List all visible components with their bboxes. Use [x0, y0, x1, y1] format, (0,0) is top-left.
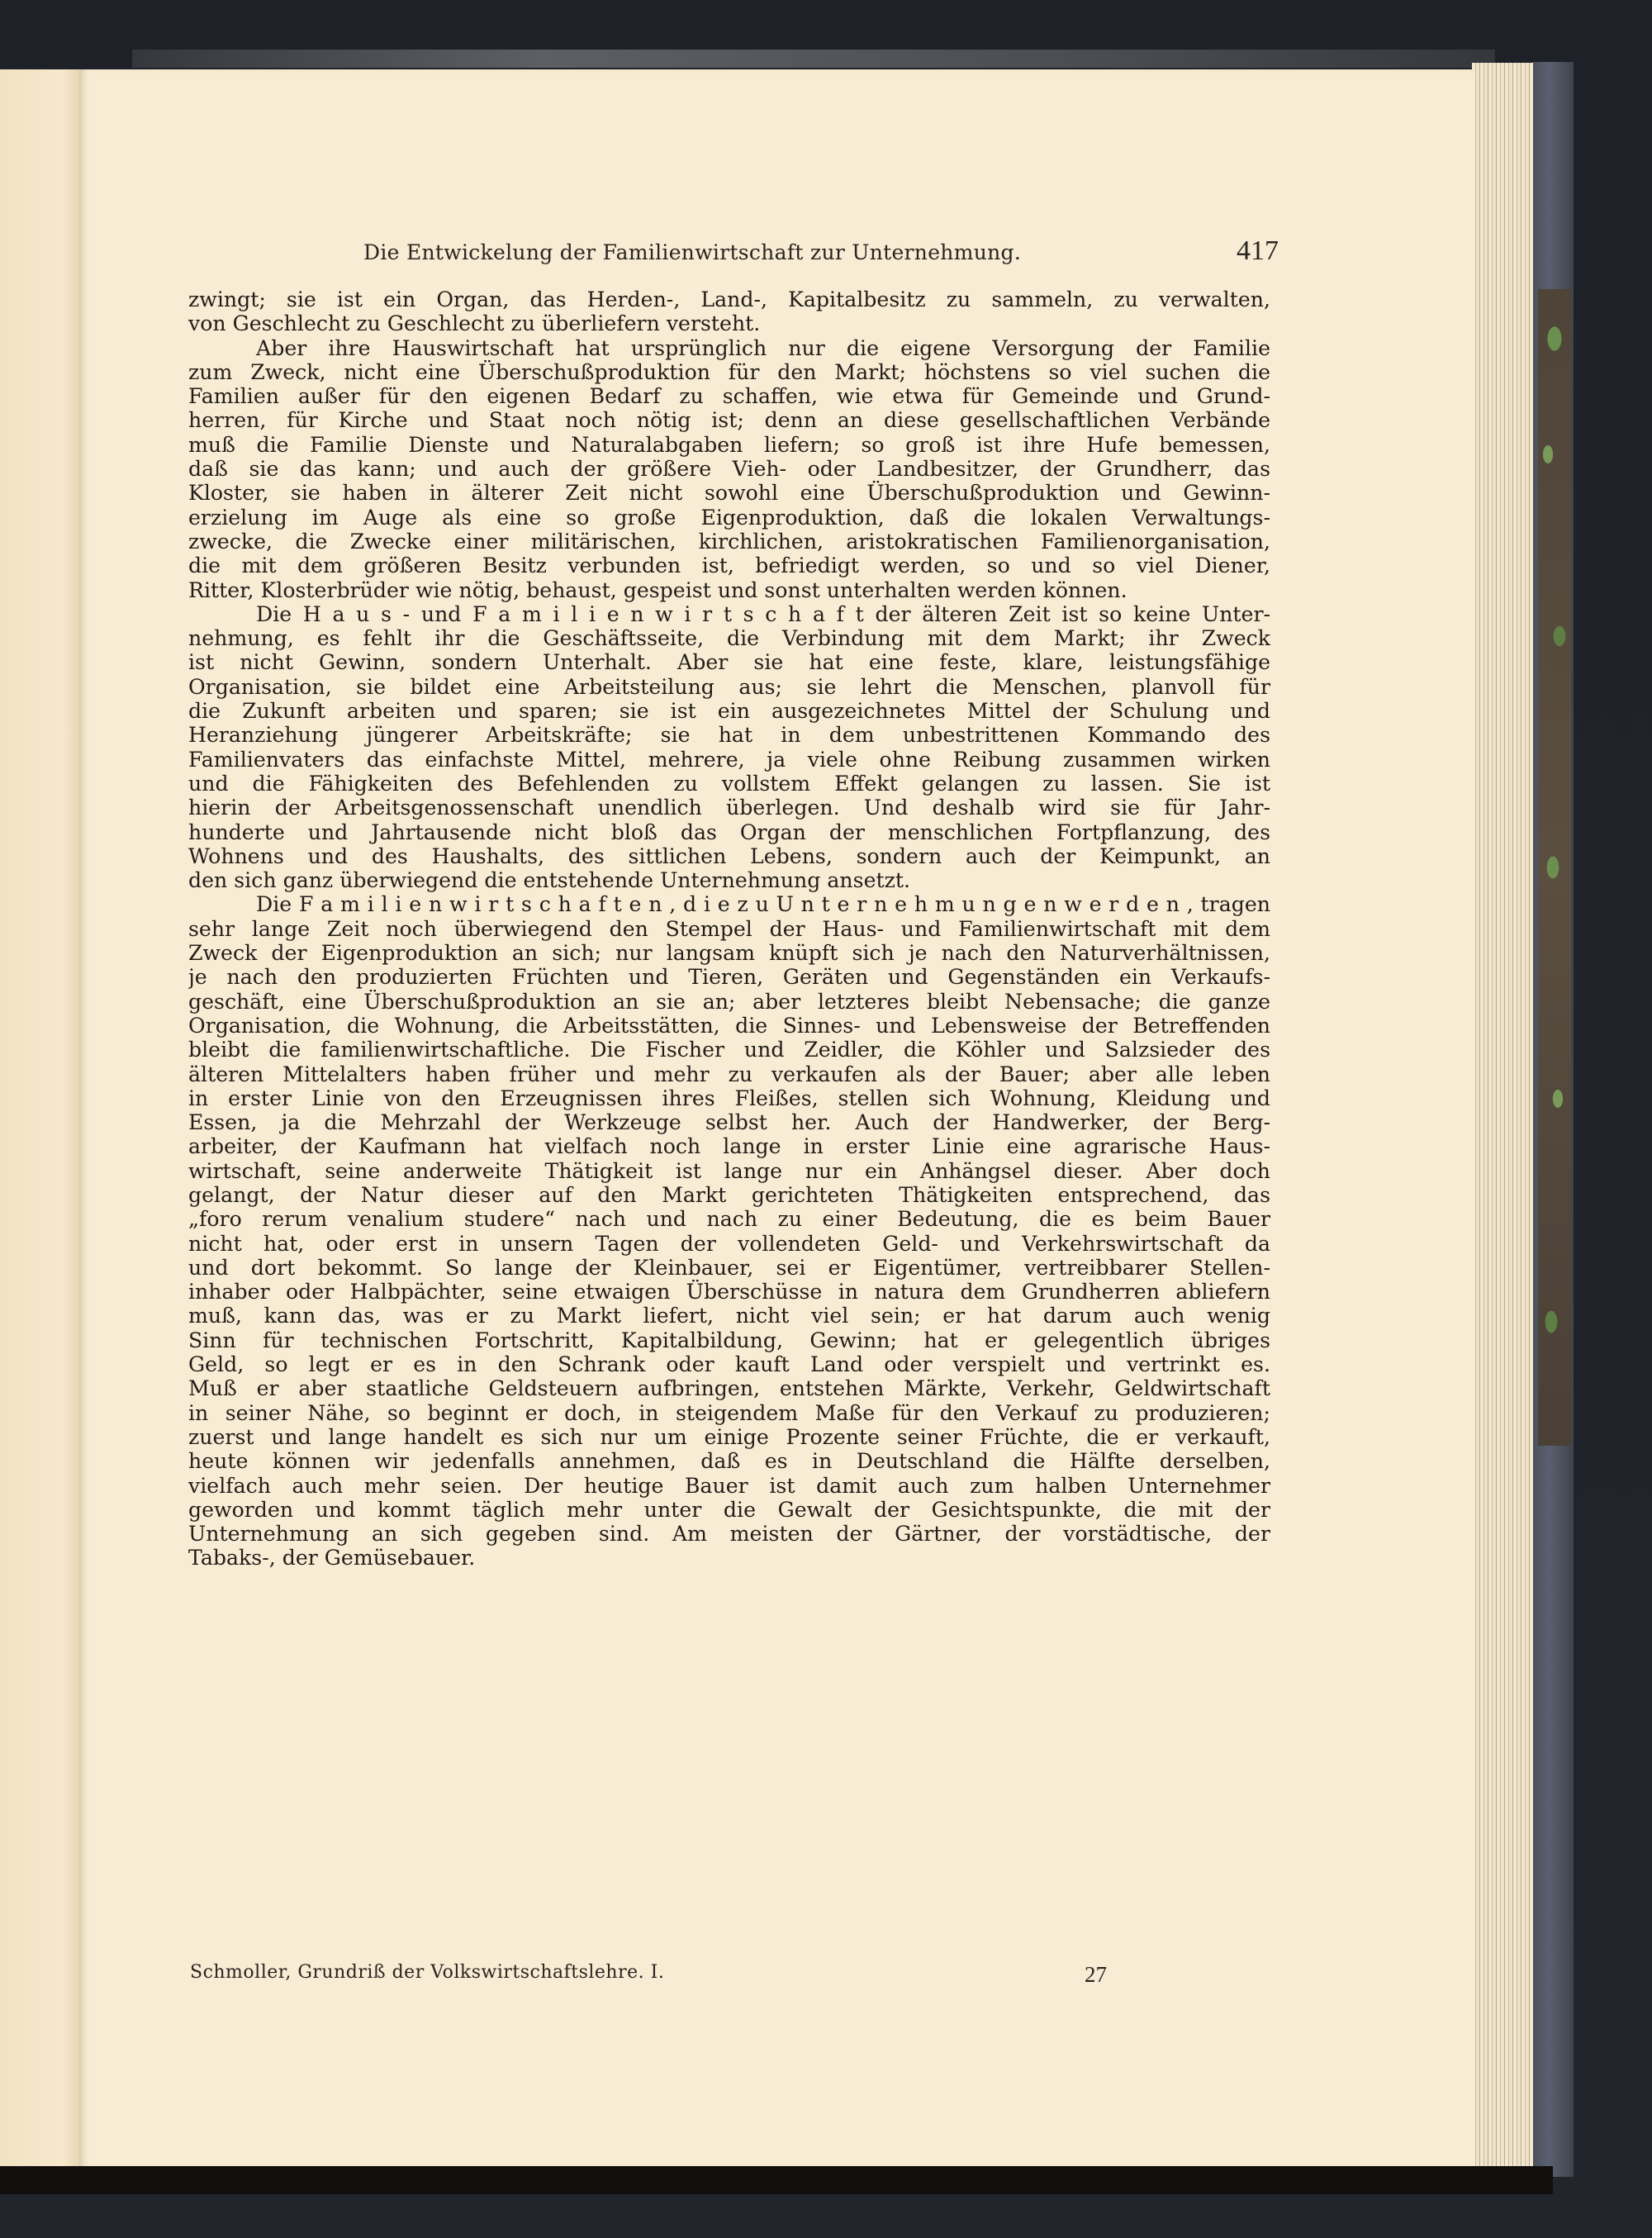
text-line: Heranziehung jüngerer Arbeitskräfte; sie… — [188, 723, 1270, 747]
paragraph: zwingt; sie ist ein Organ, das Herden-, … — [188, 287, 1270, 336]
running-head: Die Entwickelung der Familienwirtschaft … — [363, 235, 1279, 267]
text-line: daß sie das kann; und auch der größere V… — [188, 457, 1270, 481]
text-line: die mit dem größeren Besitz verbunden is… — [188, 554, 1270, 577]
page-footer: Schmoller, Grundriß der Volkswirtschafts… — [190, 1962, 1115, 1988]
text-line: hierin der Arbeitsgenossenschaft unendli… — [188, 796, 1270, 820]
text-line: herren, für Kirche und Staat noch nötig … — [188, 408, 1270, 432]
text-line: heute können wir jedenfalls annehmen, da… — [188, 1449, 1270, 1473]
text-line: erzielung im Auge als eine so große Eige… — [188, 506, 1270, 530]
text-line: Familienvaters das einfachste Mittel, me… — [188, 748, 1270, 772]
signature-mark: 27 — [1085, 1962, 1115, 1988]
text-line: Die F a m i l i e n w i r t s c h a f t … — [188, 892, 1270, 916]
text-line: muß die Familie Dienste und Naturalabgab… — [188, 433, 1270, 457]
text-line: geschäft, eine Überschußproduktion an si… — [188, 990, 1270, 1014]
text-line: „foro rerum venalium studere“ nach und n… — [188, 1207, 1270, 1231]
paragraph: Aber ihre Hauswirtschaft hat ursprünglic… — [188, 336, 1270, 602]
left-page-edge — [0, 69, 79, 2184]
text-line: und dort bekommt. So lange der Kleinbaue… — [188, 1256, 1270, 1280]
text-line: bleibt die familienwirtschaftliche. Die … — [188, 1038, 1270, 1062]
text-line: Kloster, sie haben in älterer Zeit nicht… — [188, 481, 1270, 505]
text-line: vielfach auch mehr seien. Der heutige Ba… — [188, 1474, 1270, 1498]
text-line: zum Zweck, nicht eine Überschußproduktio… — [188, 360, 1270, 384]
text-line: muß, kann das, was er zu Markt liefert, … — [188, 1304, 1270, 1328]
text-line: Zweck der Eigenproduktion an sich; nur l… — [188, 941, 1270, 965]
body-text: zwingt; sie ist ein Organ, das Herden-, … — [188, 287, 1270, 1570]
text-line: ist nicht Gewinn, sondern Unterhalt. Abe… — [188, 650, 1270, 674]
cover-top-edge — [132, 50, 1495, 68]
text-line: nicht hat, oder erst in unsern Tagen der… — [188, 1232, 1270, 1256]
text-line: Muß er aber staatliche Geldsteuern aufbr… — [188, 1376, 1270, 1400]
text-line: Wohnens und des Haushalts, des sittliche… — [188, 844, 1270, 868]
text-line: älteren Mittelalters haben früher und me… — [188, 1062, 1270, 1086]
text-line: sehr lange Zeit noch überwiegend den Ste… — [188, 917, 1270, 941]
text-line: je nach den produzierten Früchten und Ti… — [188, 965, 1270, 989]
text-line: und die Fähigkeiten des Befehlenden zu v… — [188, 772, 1270, 796]
running-title: Die Entwickelung der Familienwirtschaft … — [363, 240, 1021, 264]
text-line: von Geschlecht zu Geschlecht zu überlief… — [188, 311, 1270, 335]
text-line: Ritter, Klosterbrüder wie nötig, behaust… — [188, 578, 1270, 602]
footer-book-title: Schmoller, Grundriß der Volkswirtschafts… — [190, 1962, 664, 1988]
text-line: Die H a u s - und F a m i l i e n w i r … — [188, 602, 1270, 626]
paragraph: Die F a m i l i e n w i r t s c h a f t … — [188, 892, 1270, 1570]
text-line: geworden und kommt täglich mehr unter di… — [188, 1498, 1270, 1522]
text-line: Geld, so legt er es in den Schrank oder … — [188, 1352, 1270, 1376]
text-line: wirtschaft, seine anderweite Thätigkeit … — [188, 1159, 1270, 1183]
text-line: Aber ihre Hauswirtschaft hat ursprünglic… — [188, 336, 1270, 360]
text-line: die Zukunft arbeiten und sparen; sie ist… — [188, 699, 1270, 723]
text-line: den sich ganz überwiegend die entstehend… — [188, 868, 1270, 892]
page-stack-edges — [1472, 63, 1533, 2169]
text-line: zuerst und lange handelt es sich nur um … — [188, 1425, 1270, 1449]
text-line: zwingt; sie ist ein Organ, das Herden-, … — [188, 287, 1270, 311]
text-line: nehmung, es fehlt ihr die Geschäftsseite… — [188, 626, 1270, 650]
text-line: zwecke, die Zwecke einer militärischen, … — [188, 530, 1270, 554]
text-line: arbeiter, der Kaufmann hat vielfach noch… — [188, 1134, 1270, 1158]
text-line: Essen, ja die Mehrzahl der Werkzeuge sel… — [188, 1110, 1270, 1134]
page-number: 417 — [1237, 235, 1279, 267]
marbled-endpaper-edge — [1538, 289, 1571, 1446]
page-bottom-shadow — [0, 2166, 1553, 2194]
text-line: Unternehmung an sich gegeben sind. Am me… — [188, 1522, 1270, 1546]
text-line: inhaber oder Halbpächter, seine etwaigen… — [188, 1280, 1270, 1304]
text-line: Tabaks-, der Gemüsebauer. — [188, 1546, 1270, 1570]
paragraph: Die H a u s - und F a m i l i e n w i r … — [188, 602, 1270, 893]
text-line: Organisation, die Wohnung, die Arbeitsst… — [188, 1014, 1270, 1038]
text-line: Familien außer für den eigenen Bedarf zu… — [188, 384, 1270, 408]
text-line: in erster Linie von den Erzeugnissen ihr… — [188, 1086, 1270, 1110]
text-line: gelangt, der Natur dieser auf den Markt … — [188, 1183, 1270, 1207]
text-line: in seiner Nähe, so beginnt er doch, in s… — [188, 1401, 1270, 1425]
text-line: Organisation, sie bildet eine Arbeitstei… — [188, 675, 1270, 699]
text-line: Sinn für technischen Fortschritt, Kapita… — [188, 1328, 1270, 1352]
text-line: hunderte und Jahrtausende nicht bloß das… — [188, 820, 1270, 844]
